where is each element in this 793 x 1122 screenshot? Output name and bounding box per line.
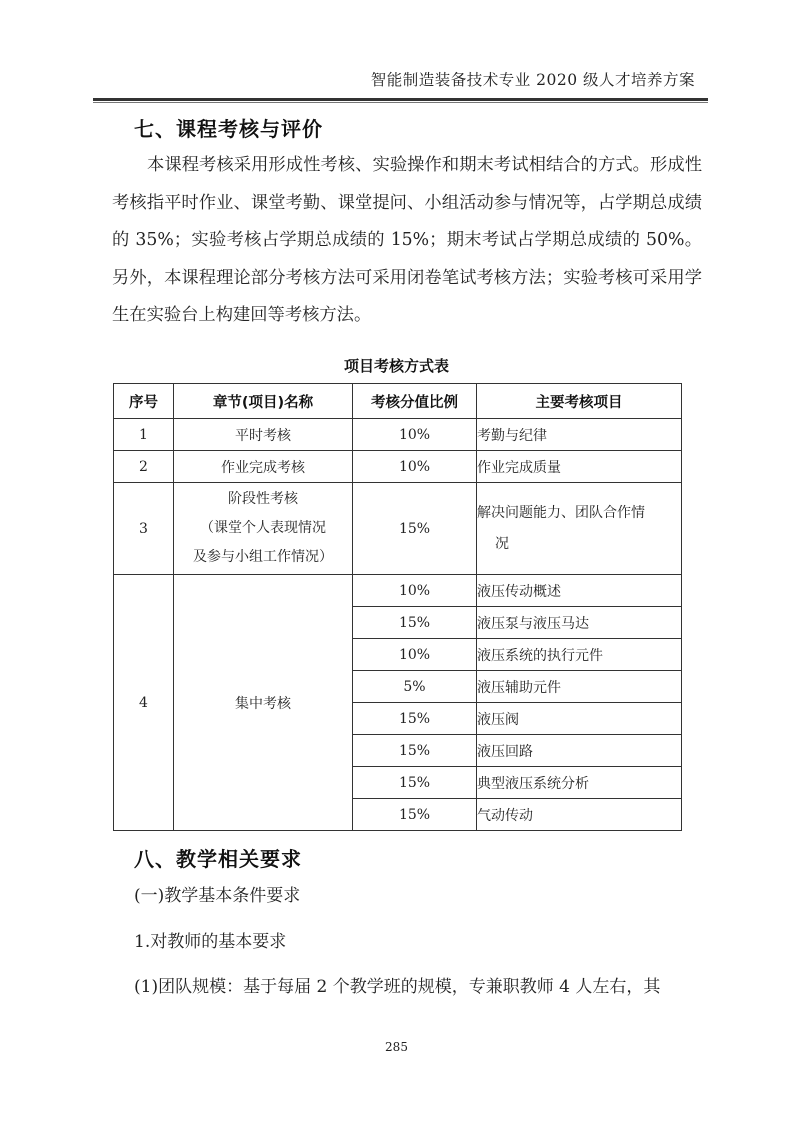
cell-item: 液压阀 [477,703,682,735]
cell-item: 液压系统的执行元件 [477,639,682,671]
cell-item: 典型液压系统分析 [477,767,682,799]
table-header-row: 序号 章节(项目)名称 考核分值比例 主要考核项目 [114,384,682,419]
running-title: 智能制造装备技术专业 2020 级人才培养方案 [371,68,695,90]
cell-ratio: 15% [353,735,477,767]
header-no: 序号 [114,384,174,419]
page-number: 285 [0,1040,793,1054]
header-main-items: 主要考核项目 [477,384,682,419]
subsection-item: 1.对教师的基本要求 [134,927,286,952]
paragraph-line: (1)团队规模：基于每届 2 个教学班的规模，专兼职教师 4 人左右，其 [134,972,660,997]
cell-ratio: 15% [353,607,477,639]
header-rule [93,98,708,101]
cell-item: 作业完成质量 [477,451,682,483]
cell-name: 阶段性考核 （课堂个人表现情况 及参与小组工作情况） [174,483,353,575]
table-row: 3 阶段性考核 （课堂个人表现情况 及参与小组工作情况） 15% 解决问题能力、… [114,483,682,575]
cell-item: 气动传动 [477,799,682,831]
cell-ratio: 15% [353,767,477,799]
cell-ratio: 5% [353,671,477,703]
cell-item: 解决问题能力、团队合作情 况 [477,483,682,575]
cell-no: 4 [114,575,174,831]
cell-name-line: 阶段性考核 [174,485,352,514]
header-rule-thin [93,102,708,103]
cell-item: 液压回路 [477,735,682,767]
cell-item: 液压泵与液压马达 [477,607,682,639]
table-row: 1 平时考核 10% 考勤与纪律 [114,419,682,451]
cell-item-line: 况 [477,529,681,560]
cell-ratio: 10% [353,639,477,671]
cell-name: 集中考核 [174,575,353,831]
cell-item-line: 解决问题能力、团队合作情 [477,498,681,529]
cell-name-line: （课堂个人表现情况 [174,514,352,543]
cell-name-line: 及参与小组工作情况） [174,543,352,572]
cell-ratio: 15% [353,799,477,831]
cell-item: 考勤与纪律 [477,419,682,451]
section-8-heading: 八、教学相关要求 [134,843,302,872]
section-7-paragraph: 本课程考核采用形成性考核、实验操作和期末考试相结合的方式。形成性考核指平时作业、… [112,147,702,335]
cell-name: 平时考核 [174,419,353,451]
cell-ratio: 10% [353,419,477,451]
cell-ratio: 15% [353,703,477,735]
table-caption: 项目考核方式表 [113,355,680,376]
cell-ratio: 15% [353,483,477,575]
cell-no: 3 [114,483,174,575]
cell-no: 1 [114,419,174,451]
subsection-heading: (一)教学基本条件要求 [134,881,300,906]
cell-ratio: 10% [353,575,477,607]
header-score-ratio: 考核分值比例 [353,384,477,419]
assessment-table: 序号 章节(项目)名称 考核分值比例 主要考核项目 1 平时考核 10% 考勤与… [113,383,682,831]
cell-item: 液压辅助元件 [477,671,682,703]
header-chapter-name: 章节(项目)名称 [174,384,353,419]
cell-item: 液压传动概述 [477,575,682,607]
table-row: 2 作业完成考核 10% 作业完成质量 [114,451,682,483]
cell-ratio: 10% [353,451,477,483]
cell-name: 作业完成考核 [174,451,353,483]
cell-no: 2 [114,451,174,483]
section-7-heading: 七、课程考核与评价 [134,113,323,142]
table-row: 4 集中考核 10% 液压传动概述 [114,575,682,607]
